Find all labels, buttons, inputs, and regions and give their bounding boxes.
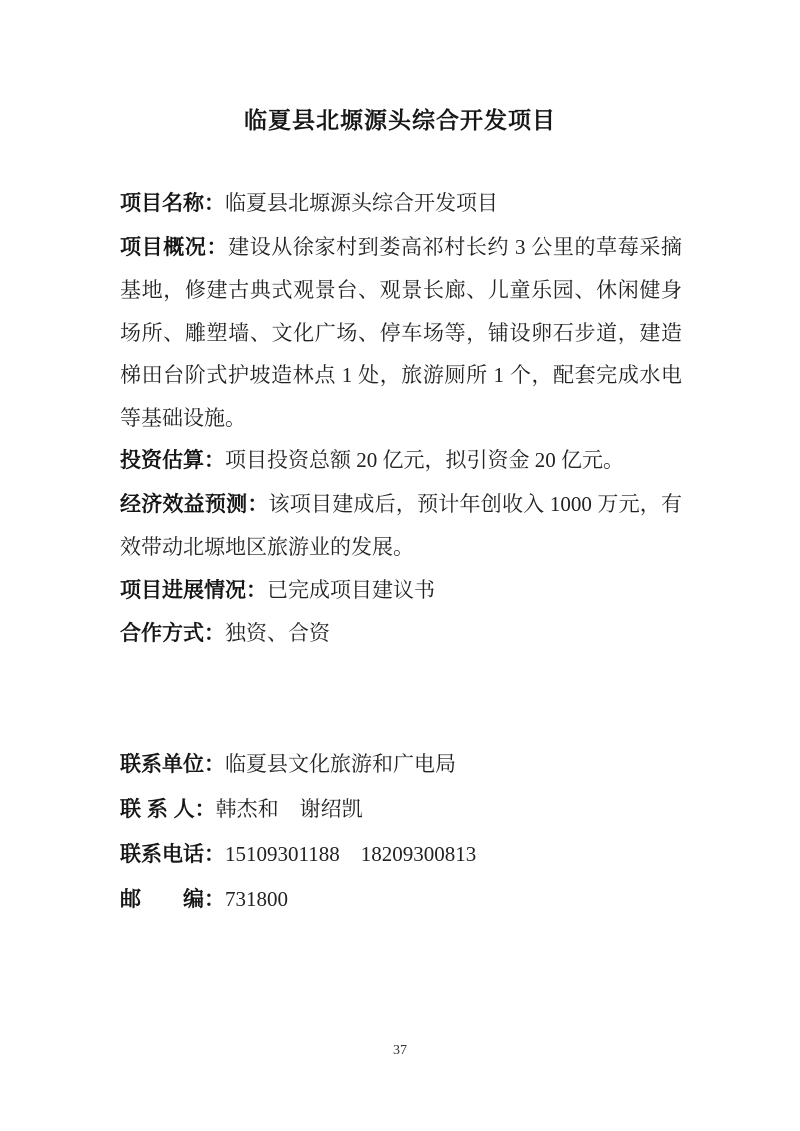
field-project-progress: 项目进展情况：已完成项目建议书 <box>120 569 682 613</box>
field-label: 联系单位： <box>120 753 225 776</box>
document-page: 临夏县北塬源头综合开发项目 项目名称：临夏县北塬源头综合开发项目 项目概况：建设… <box>0 0 800 1131</box>
field-value: 项目投资总额 20 亿元，拟引资金 20 亿元。 <box>225 448 624 472</box>
contact-phone: 联系电话：15109301188 18209300813 <box>120 832 682 877</box>
field-label: 投资估算： <box>120 449 225 472</box>
field-project-overview: 项目概况：建设从徐家村到娄高祁村长约 3 公里的草莓采摘基地，修建古典式观景台、… <box>120 226 682 440</box>
field-label: 项目概况： <box>120 236 228 259</box>
contact-unit: 联系单位：临夏县文化旅游和广电局 <box>120 742 682 787</box>
field-label: 项目名称： <box>120 192 225 215</box>
field-value: 独资、合资 <box>225 621 330 645</box>
field-value: 韩杰和 谢绍凯 <box>216 797 363 821</box>
field-label: 联 系 人： <box>120 798 216 821</box>
field-value: 15109301188 18209300813 <box>225 842 476 866</box>
contact-block: 联系单位：临夏县文化旅游和广电局 联 系 人：韩杰和 谢绍凯 联系电话：1510… <box>120 742 682 922</box>
field-project-name: 项目名称：临夏县北塬源头综合开发项目 <box>120 182 682 226</box>
field-value: 建设从徐家村到娄高祁村长约 3 公里的草莓采摘基地，修建古典式观景台、观景长廊、… <box>120 235 682 430</box>
field-value: 731800 <box>225 887 288 911</box>
field-value: 临夏县文化旅游和广电局 <box>225 752 456 776</box>
field-investment-estimate: 投资估算：项目投资总额 20 亿元，拟引资金 20 亿元。 <box>120 439 682 483</box>
field-label: 经济效益预测： <box>120 493 269 516</box>
field-label: 邮 编： <box>120 888 225 911</box>
contact-postcode: 邮 编：731800 <box>120 877 682 922</box>
document-body: 项目名称：临夏县北塬源头综合开发项目 项目概况：建设从徐家村到娄高祁村长约 3 … <box>120 182 682 922</box>
contact-person: 联 系 人：韩杰和 谢绍凯 <box>120 787 682 832</box>
field-value: 已完成项目建议书 <box>267 578 435 602</box>
field-value: 临夏县北塬源头综合开发项目 <box>225 191 498 215</box>
field-label: 联系电话： <box>120 843 225 866</box>
field-label: 项目进展情况： <box>120 579 267 602</box>
field-cooperation-mode: 合作方式：独资、合资 <box>120 612 682 656</box>
page-number: 37 <box>0 1043 800 1059</box>
field-label: 合作方式： <box>120 622 225 645</box>
document-title: 临夏县北塬源头综合开发项目 <box>0 0 800 135</box>
field-economic-benefit: 经济效益预测：该项目建成后，预计年创收入 1000 万元，有效带动北塬地区旅游业… <box>120 483 682 569</box>
